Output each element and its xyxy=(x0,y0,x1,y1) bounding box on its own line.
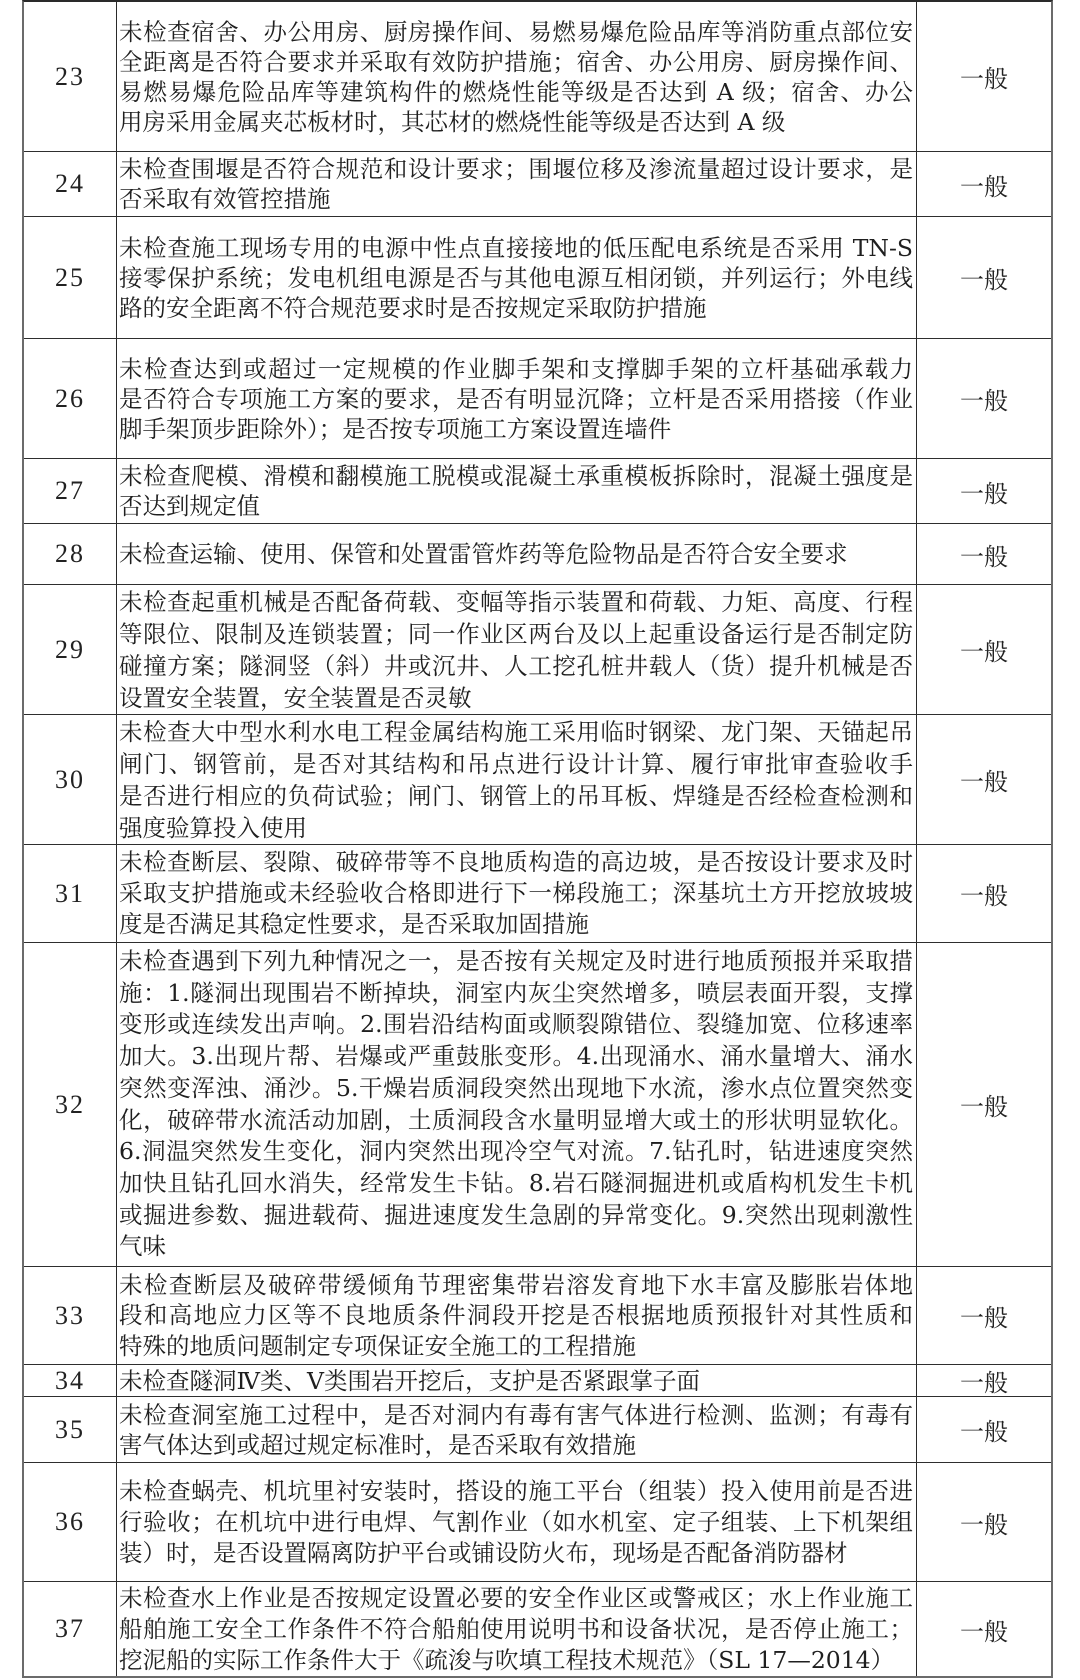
hazard-level: 一般 xyxy=(917,1582,1051,1676)
table-row: 24 未检查围堰是否符合规范和设计要求；围堰位移及渗流量超过设计要求，是 否采取… xyxy=(24,152,1051,217)
inspection-item: 未检查隧洞Ⅳ类、Ⅴ类围岩开挖后，支护是否紧跟掌子面 xyxy=(117,1365,917,1396)
inspection-item-line: 闸门、钢管前，是否对其结构和吊点进行设计计算、履行审批审查验收手续， xyxy=(119,748,913,780)
hazard-level: 一般 xyxy=(917,715,1051,844)
table-row: 25 未检查施工现场专用的电源中性点直接接地的低压配电系统是否采用 TN-S 接… xyxy=(24,217,1051,339)
inspection-item: 未检查洞室施工过程中，是否对洞内有毒有害气体进行检测、监测；有毒有 害气体达到或… xyxy=(117,1397,917,1462)
inspection-item: 未检查断层及破碎带缓倾角节理密集带岩溶发育地下水丰富及膨胀岩体地 段和高地应力区… xyxy=(117,1267,917,1364)
hazard-level: 一般 xyxy=(917,152,1051,216)
item-number: 35 xyxy=(24,1397,117,1462)
inspection-item-line: 害气体达到或超过规定标准时，是否采取有效措施 xyxy=(119,1430,913,1460)
inspection-item-line: 未检查宿舍、办公用房、厨房操作间、易燃易爆危险品库等消防重点部位安 xyxy=(119,17,913,47)
inspection-item-line: 是否进行相应的负荷试验；闸门、钢管上的吊耳板、焊缝是否经检查检测和 xyxy=(119,780,913,812)
inspection-item-line: 未检查洞室施工过程中，是否对洞内有毒有害气体进行检测、监测；有毒有 xyxy=(119,1400,913,1430)
inspection-item: 未检查达到或超过一定规模的作业脚手架和支撑脚手架的立杆基础承载力 是否符合专项施… xyxy=(117,339,917,458)
inspection-item-line: 挖泥船的实际工作条件大于《疏浚与吹填工程技术规范》（SL 17—2014） xyxy=(119,1645,913,1676)
inspection-item-line: 路的安全距离不符合规范要求时是否按规定采取防护措施 xyxy=(119,293,913,323)
inspection-table: 23 未检查宿舍、办公用房、厨房操作间、易燃易爆危险品库等消防重点部位安 全距离… xyxy=(22,0,1053,1678)
item-number: 34 xyxy=(24,1365,117,1396)
inspection-item-line: 未检查蜗壳、机坑里衬安装时，搭设的施工平台（组装）投入使用前是否进 xyxy=(119,1476,913,1507)
table-row: 29 未检查起重机械是否配备荷载、变幅等指示装置和荷载、力矩、高度、行程 等限位… xyxy=(24,585,1051,715)
inspection-item-line: 或掘进参数、掘进载荷、掘进速度发生急剧的异常变化。9.突然出现刺激性 xyxy=(119,1200,913,1232)
inspection-item-line: 是否符合专项施工方案的要求，是否有明显沉降；立杆是否采用搭接（作业 xyxy=(119,384,913,414)
inspection-item-line: 易燃易爆危险品库等建筑构件的燃烧性能等级是否达到 A 级；宿舍、办公 xyxy=(119,77,913,107)
table-row: 31 未检查断层、裂隙、破碎带等不良地质构造的高边坡，是否按设计要求及时 采取支… xyxy=(24,845,1051,943)
inspection-item-line: 脚手架顶步距除外）；是否按专项施工方案设置连墙件 xyxy=(119,414,913,444)
inspection-item-line: 未检查起重机械是否配备荷载、变幅等指示装置和荷载、力矩、高度、行程 xyxy=(119,586,913,618)
inspection-item-line: 段和高地应力区等不良地质条件洞段开挖是否根据地质预报针对其性质和 xyxy=(119,1300,913,1331)
inspection-item-line: 未检查隧洞Ⅳ类、Ⅴ类围岩开挖后，支护是否紧跟掌子面 xyxy=(119,1366,913,1396)
inspection-item-line: 未检查断层、裂隙、破碎带等不良地质构造的高边坡，是否按设计要求及时 xyxy=(119,847,913,878)
inspection-item-line: 装）时，是否设置隔离防护平台或铺设防火布，现场是否配备消防器材 xyxy=(119,1538,913,1569)
hazard-level: 一般 xyxy=(917,2,1051,151)
inspection-item-line: 未检查围堰是否符合规范和设计要求；围堰位移及渗流量超过设计要求，是 xyxy=(119,154,913,184)
inspection-item: 未检查起重机械是否配备荷载、变幅等指示装置和荷载、力矩、高度、行程 等限位、限制… xyxy=(117,585,917,714)
inspection-item: 未检查运输、使用、保管和处置雷管炸药等危险物品是否符合安全要求 xyxy=(117,524,917,584)
item-number: 31 xyxy=(24,845,117,942)
item-number: 25 xyxy=(24,217,117,338)
hazard-level: 一般 xyxy=(917,1463,1051,1581)
table-row: 30 未检查大中型水利水电工程金属结构施工采用临时钢梁、龙门架、天锚起吊 闸门、… xyxy=(24,715,1051,845)
inspection-item: 未检查爬模、滑模和翻模施工脱模或混凝土承重模板拆除时，混凝土强度是 否达到规定值 xyxy=(117,459,917,523)
inspection-item-line: 船舶施工安全工作条件不符合船舶使用说明书和设备状况，是否停止施工； xyxy=(119,1614,913,1645)
item-number: 36 xyxy=(24,1463,117,1581)
inspection-item-line: 未检查断层及破碎带缓倾角节理密集带岩溶发育地下水丰富及膨胀岩体地 xyxy=(119,1270,913,1301)
hazard-level: 一般 xyxy=(917,1267,1051,1364)
inspection-item-line: 行验收；在机坑中进行电焊、气割作业（如水机室、定子组装、上下机架组 xyxy=(119,1507,913,1538)
hazard-level: 一般 xyxy=(917,943,1051,1266)
inspection-item: 未检查蜗壳、机坑里衬安装时，搭设的施工平台（组装）投入使用前是否进 行验收；在机… xyxy=(117,1463,917,1581)
inspection-item: 未检查断层、裂隙、破碎带等不良地质构造的高边坡，是否按设计要求及时 采取支护措施… xyxy=(117,845,917,942)
table-row: 32 未检查遇到下列九种情况之一，是否按有关规定及时进行地质预报并采取措 施：1… xyxy=(24,943,1051,1267)
hazard-level: 一般 xyxy=(917,1397,1051,1462)
hazard-level: 一般 xyxy=(917,524,1051,584)
inspection-item-line: 未检查水上作业是否按规定设置必要的安全作业区或警戒区；水上作业施工 xyxy=(119,1583,913,1614)
item-number: 28 xyxy=(24,524,117,584)
inspection-item-line: 否采取有效管控措施 xyxy=(119,184,913,214)
inspection-item: 未检查施工现场专用的电源中性点直接接地的低压配电系统是否采用 TN-S 接零保护… xyxy=(117,217,917,338)
inspection-item-line: 未检查施工现场专用的电源中性点直接接地的低压配电系统是否采用 TN-S xyxy=(119,233,913,263)
inspection-item-line: 未检查达到或超过一定规模的作业脚手架和支撑脚手架的立杆基础承载力 xyxy=(119,354,913,384)
inspection-item-line: 碰撞方案；隧洞竖（斜）井或沉井、人工挖孔桩井载人（货）提升机械是否 xyxy=(119,650,913,682)
item-number: 23 xyxy=(24,2,117,151)
inspection-item-line: 6.洞温突然发生变化，洞内突然出现冷空气对流。7.钻孔时，钻进速度突然 xyxy=(119,1136,913,1168)
inspection-item-line: 突然变浑浊、涌沙。5.干燥岩质洞段突然出现地下水流，渗水点位置突然变 xyxy=(119,1073,913,1105)
inspection-item-line: 化，破碎带水流活动加剧，土质洞段含水量明显增大或土的形状明显软化。 xyxy=(119,1105,913,1137)
hazard-level: 一般 xyxy=(917,845,1051,942)
item-number: 24 xyxy=(24,152,117,216)
table-row: 37 未检查水上作业是否按规定设置必要的安全作业区或警戒区；水上作业施工 船舶施… xyxy=(24,1582,1051,1678)
table-row: 23 未检查宿舍、办公用房、厨房操作间、易燃易爆危险品库等消防重点部位安 全距离… xyxy=(24,2,1051,152)
table-row: 26 未检查达到或超过一定规模的作业脚手架和支撑脚手架的立杆基础承载力 是否符合… xyxy=(24,339,1051,459)
inspection-item: 未检查宿舍、办公用房、厨房操作间、易燃易爆危险品库等消防重点部位安 全距离是否符… xyxy=(117,2,917,151)
inspection-item-line: 特殊的地质问题制定专项保证安全施工的工程措施 xyxy=(119,1331,913,1362)
item-number: 32 xyxy=(24,943,117,1266)
table-row: 35 未检查洞室施工过程中，是否对洞内有毒有害气体进行检测、监测；有毒有 害气体… xyxy=(24,1397,1051,1463)
inspection-item-line: 加大。3.出现片帮、岩爆或严重鼓胀变形。4.出现涌水、涌水量增大、涌水 xyxy=(119,1041,913,1073)
inspection-item-line: 度是否满足其稳定性要求，是否采取加固措施 xyxy=(119,909,913,940)
inspection-item-line: 采取支护措施或未经验收合格即进行下一梯段施工；深基坑土方开挖放坡坡 xyxy=(119,878,913,909)
table-row: 36 未检查蜗壳、机坑里衬安装时，搭设的施工平台（组装）投入使用前是否进 行验收… xyxy=(24,1463,1051,1582)
table-row: 33 未检查断层及破碎带缓倾角节理密集带岩溶发育地下水丰富及膨胀岩体地 段和高地… xyxy=(24,1267,1051,1365)
inspection-item-line: 强度验算投入使用 xyxy=(119,812,913,844)
item-number: 27 xyxy=(24,459,117,523)
inspection-item-line: 设置安全装置，安全装置是否灵敏 xyxy=(119,682,913,714)
inspection-item-line: 未检查爬模、滑模和翻模施工脱模或混凝土承重模板拆除时，混凝土强度是 xyxy=(119,461,913,491)
hazard-level: 一般 xyxy=(917,217,1051,338)
hazard-level: 一般 xyxy=(917,459,1051,523)
inspection-item-line: 气味 xyxy=(119,1231,913,1263)
table-row: 34 未检查隧洞Ⅳ类、Ⅴ类围岩开挖后，支护是否紧跟掌子面 一般 xyxy=(24,1365,1051,1397)
table-row: 28 未检查运输、使用、保管和处置雷管炸药等危险物品是否符合安全要求 一般 xyxy=(24,524,1051,585)
item-number: 37 xyxy=(24,1582,117,1676)
table-row: 27 未检查爬模、滑模和翻模施工脱模或混凝土承重模板拆除时，混凝土强度是 否达到… xyxy=(24,459,1051,524)
inspection-item-line: 等限位、限制及连锁装置；同一作业区两台及以上起重设备运行是否制定防 xyxy=(119,618,913,650)
inspection-item-line: 否达到规定值 xyxy=(119,491,913,521)
inspection-item-line: 施：1.隧洞出现围岩不断掉块，洞室内灰尘突然增多，喷层表面开裂，支撑 xyxy=(119,978,913,1010)
inspection-item-line: 加快且钻孔回水消失，经常发生卡钻。8.岩石隧洞掘进机或盾构机发生卡机 xyxy=(119,1168,913,1200)
hazard-level: 一般 xyxy=(917,339,1051,458)
hazard-level: 一般 xyxy=(917,1365,1051,1396)
inspection-item-line: 全距离是否符合要求并采取有效防护措施；宿舍、办公用房、厨房操作间、 xyxy=(119,47,913,77)
inspection-item-line: 接零保护系统；发电机组电源是否与其他电源互相闭锁，并列运行；外电线 xyxy=(119,263,913,293)
inspection-item: 未检查水上作业是否按规定设置必要的安全作业区或警戒区；水上作业施工 船舶施工安全… xyxy=(117,1582,917,1676)
inspection-item-line: 未检查遇到下列九种情况之一，是否按有关规定及时进行地质预报并采取措 xyxy=(119,946,913,978)
inspection-item: 未检查围堰是否符合规范和设计要求；围堰位移及渗流量超过设计要求，是 否采取有效管… xyxy=(117,152,917,216)
inspection-item-line: 未检查大中型水利水电工程金属结构施工采用临时钢梁、龙门架、天锚起吊 xyxy=(119,716,913,748)
inspection-item: 未检查遇到下列九种情况之一，是否按有关规定及时进行地质预报并采取措 施：1.隧洞… xyxy=(117,943,917,1266)
item-number: 26 xyxy=(24,339,117,458)
item-number: 33 xyxy=(24,1267,117,1364)
inspection-item-line: 变形或连续发出声响。2.围岩沿结构面或顺裂隙错位、裂缝加宽、位移速率 xyxy=(119,1009,913,1041)
inspection-item-line: 未检查运输、使用、保管和处置雷管炸药等危险物品是否符合安全要求 xyxy=(119,539,913,569)
item-number: 29 xyxy=(24,585,117,714)
hazard-level: 一般 xyxy=(917,585,1051,714)
inspection-item-line: 用房采用金属夹芯板材时，其芯材的燃烧性能等级是否达到 A 级 xyxy=(119,107,913,137)
item-number: 30 xyxy=(24,715,117,844)
inspection-item: 未检查大中型水利水电工程金属结构施工采用临时钢梁、龙门架、天锚起吊 闸门、钢管前… xyxy=(117,715,917,844)
